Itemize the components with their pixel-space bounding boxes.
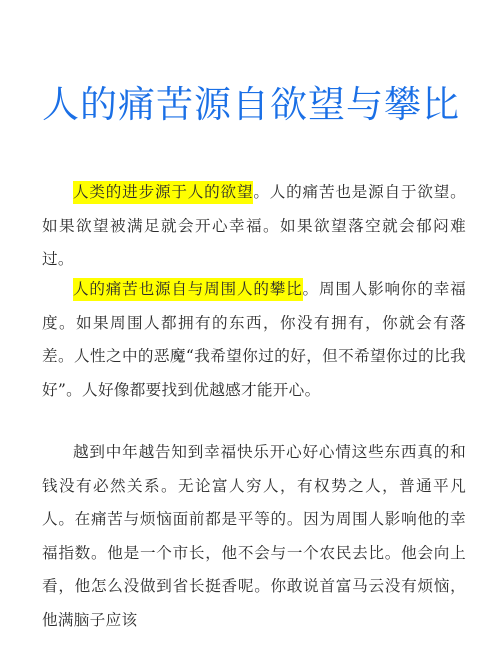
highlighted-text: 人的痛苦也源自与周围人的攀比 [73,278,303,301]
document-title: 人的痛苦源自欲望与攀比 [42,82,460,128]
paragraph-text: 越到中年越告知到幸福快乐开心好心情这些东西真的和钱没有必然关系。无论富人穷人，有… [42,443,466,629]
document-page: 人的痛苦源自欲望与攀比 人类的进步源于人的欲望。人的痛苦也是源自于欲望。如果欲望… [0,0,500,651]
paragraph-2: 人的痛苦也源自与周围人的攀比。周围人影响你的幸福度。如果周围人都拥有的东西，你没… [42,273,466,407]
highlighted-text: 人类的进步源于人的欲望 [73,181,253,204]
paragraph-1: 人类的进步源于人的欲望。人的痛苦也是源自于欲望。如果欲望被满足就会开心幸福。如果… [42,176,466,277]
paragraph-3: 越到中年越告知到幸福快乐开心好心情这些东西真的和钱没有必然关系。无论富人穷人，有… [42,436,466,637]
